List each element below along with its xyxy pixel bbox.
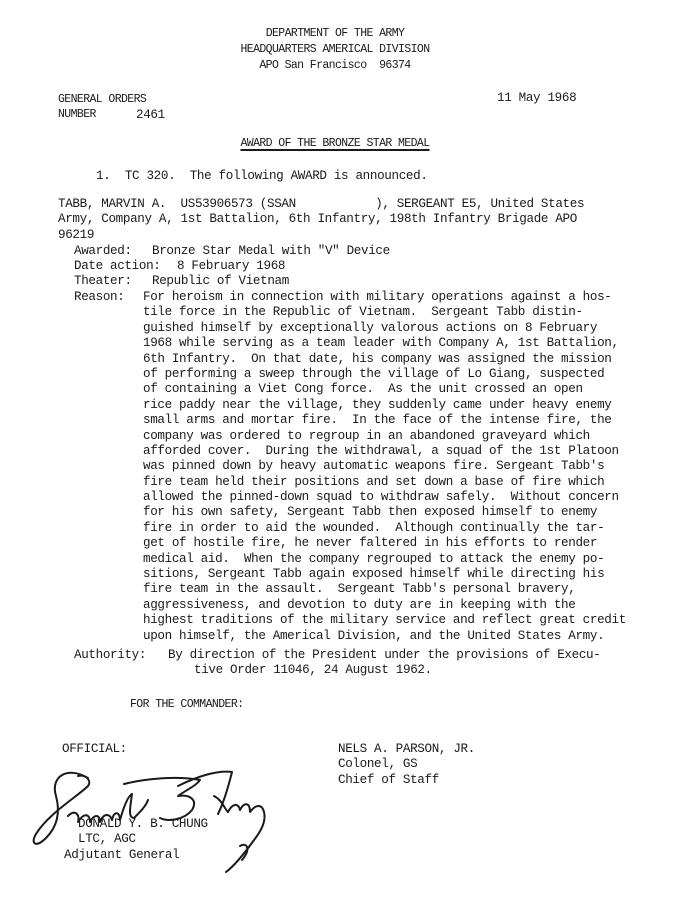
reason-line: small arms and mortar fire. In the face … bbox=[143, 413, 626, 428]
reason-line: fire in order to aid the wounded. Althou… bbox=[143, 521, 626, 536]
reason-line: allowed the pinned-down squad to withdra… bbox=[143, 490, 626, 505]
reason-line: company was ordered to regroup in an aba… bbox=[143, 429, 626, 444]
reason-line: 6th Infantry. On that date, his company … bbox=[143, 352, 626, 367]
reason-line: rice paddy near the village, they sudden… bbox=[143, 398, 626, 413]
reason-line: of performing a sweep through the villag… bbox=[143, 367, 626, 382]
chief-rank: Colonel, GS bbox=[338, 757, 475, 772]
reason-line: was pinned down by heavy automatic weapo… bbox=[143, 459, 626, 474]
recipient-block: TABB, MARVIN A. US53906573 (SSAN ), SERG… bbox=[58, 197, 584, 243]
reason-line: fire team in the assault. Sergeant Tabb'… bbox=[143, 582, 626, 597]
chief-name: NELS A. PARSON, JR. bbox=[338, 742, 475, 757]
authority-line: By direction of the President under the … bbox=[168, 648, 600, 663]
date-action-value: 8 February 1968 bbox=[177, 259, 285, 273]
awarded-value: Bronze Star Medal with "V" Device bbox=[152, 244, 390, 258]
authority-text: By direction of the President under the … bbox=[168, 648, 600, 679]
reason-line: tile force in the Republic of Vietnam. S… bbox=[143, 305, 626, 320]
reason-line: guished himself by exceptionally valorou… bbox=[143, 321, 626, 336]
theater-value: Republic of Vietnam bbox=[152, 274, 289, 288]
official-signature-block: DONALD Y. B. CHUNG LTC, AGC Adjutant Gen… bbox=[78, 817, 208, 863]
reason-line: fire team held their positions and set d… bbox=[143, 475, 626, 490]
reason-line: sitions, Sergeant Tabb again exposed him… bbox=[143, 567, 626, 582]
paragraph-intro: 1. TC 320. The following AWARD is announ… bbox=[96, 169, 428, 183]
recipient-line: Army, Company A, 1st Battalion, 6th Infa… bbox=[58, 212, 584, 227]
order-number: 2461 bbox=[136, 108, 165, 122]
chief-title: Chief of Staff bbox=[338, 773, 475, 788]
reason-text: For heroism in connection with military … bbox=[143, 290, 626, 644]
reason-line: 1968 while serving as a team leader with… bbox=[143, 336, 626, 351]
reason-line: upon himself, the Americal Division, and… bbox=[143, 629, 626, 644]
recipient-line: TABB, MARVIN A. US53906573 (SSAN ), SERG… bbox=[58, 197, 584, 212]
reason-line: medical aid. When the company regrouped … bbox=[143, 552, 626, 567]
official-rank: LTC, AGC bbox=[78, 832, 208, 847]
general-orders-label: GENERAL ORDERS bbox=[58, 93, 146, 106]
awarded-label: Awarded: bbox=[74, 244, 132, 258]
number-label: NUMBER bbox=[58, 108, 96, 121]
reason-label: Reason: bbox=[74, 290, 124, 304]
theater-label: Theater: bbox=[74, 274, 132, 288]
reason-line: for his own safety, Sergeant Tabb then e… bbox=[143, 505, 626, 520]
reason-line: get of hostile fire, he never faltered i… bbox=[143, 536, 626, 551]
letterhead-headquarters: HEADQUARTERS AMERICAL DIVISION bbox=[0, 43, 670, 56]
for-the-commander: FOR THE COMMANDER: bbox=[130, 698, 243, 711]
reason-line: aggressiveness, and devotion to duty are… bbox=[143, 598, 626, 613]
authority-label: Authority: bbox=[74, 648, 146, 662]
reason-line: afforded cover. During the withdrawal, a… bbox=[143, 444, 626, 459]
date-action-label: Date action: bbox=[74, 259, 161, 273]
document-title: AWARD OF THE BRONZE STAR MEDAL bbox=[0, 137, 670, 150]
letterhead-department: DEPARTMENT OF THE ARMY bbox=[0, 27, 670, 40]
authority-line: tive Order 11046, 24 August 1962. bbox=[168, 663, 600, 678]
official-label: OFFICIAL: bbox=[62, 742, 127, 756]
official-name: DONALD Y. B. CHUNG bbox=[78, 817, 208, 832]
chief-of-staff-block: NELS A. PARSON, JR. Colonel, GS Chief of… bbox=[338, 742, 475, 788]
reason-line: of containing a Viet Cong force. As the … bbox=[143, 382, 626, 397]
recipient-line: 96219 bbox=[58, 228, 584, 243]
reason-line: For heroism in connection with military … bbox=[143, 290, 626, 305]
official-title: Adjutant General bbox=[64, 848, 208, 863]
letterhead-apo: APO San Francisco 96374 bbox=[0, 59, 670, 72]
order-date: 11 May 1968 bbox=[497, 91, 576, 105]
reason-line: highest traditions of the military servi… bbox=[143, 613, 626, 628]
